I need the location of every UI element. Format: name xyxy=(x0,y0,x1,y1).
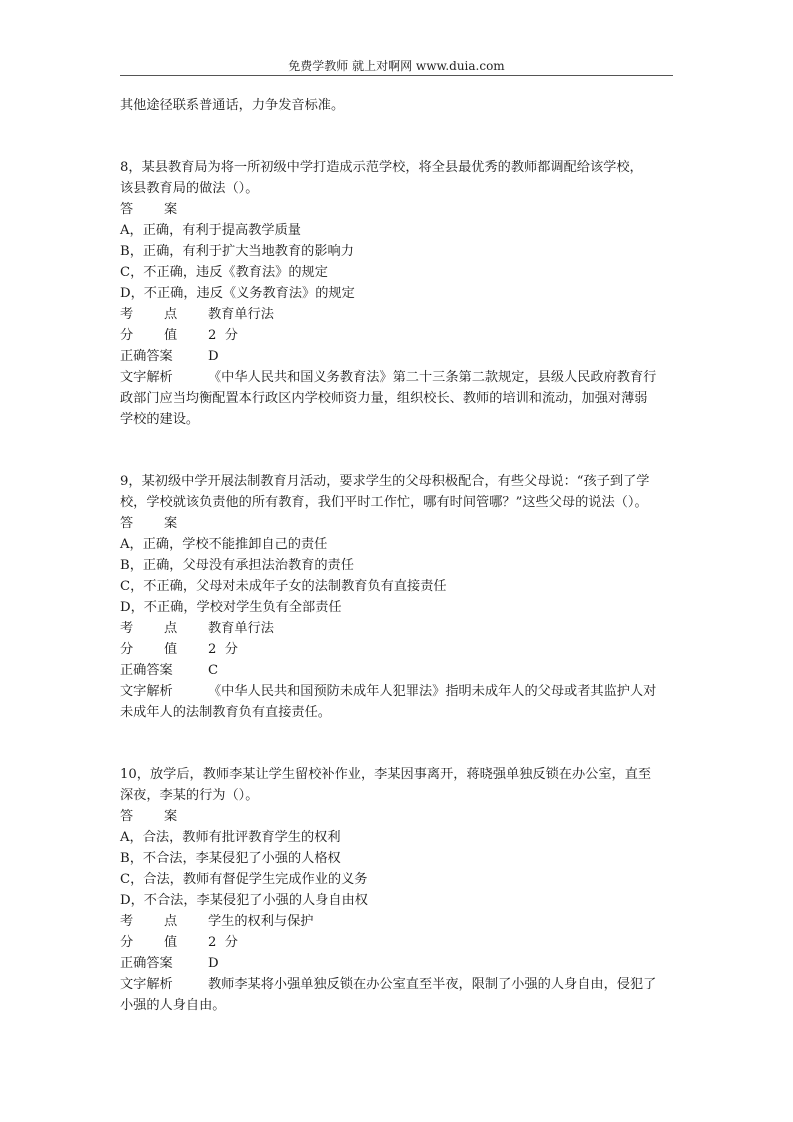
correct-answer-value: D xyxy=(208,346,219,367)
option-d: D，不正确，学校对学生负有全部责任 xyxy=(120,597,676,618)
option-b: B，正确，父母没有承担法治教育的责任 xyxy=(120,555,676,576)
explanation-text: 学校的建设。 xyxy=(120,409,676,430)
option-c: C，合法，教师有督促学生完成作业的义务 xyxy=(120,869,676,890)
header-divider xyxy=(120,75,673,76)
explanation-text: 小强的人身自由。 xyxy=(120,995,676,1016)
question-stem: 8，某县教育局为将一所初级中学打造成示范学校，将全县最优秀的教师都调配给该学校， xyxy=(120,157,676,178)
option-b: B，不合法，李某侵犯了小强的人格权 xyxy=(120,848,676,869)
score-row: 分值 2 分 xyxy=(120,932,676,953)
topic-row: 考点 教育单行法 xyxy=(120,304,676,325)
topic-value: 教育单行法 xyxy=(208,304,274,325)
explanation-row: 文字解析教师李某将小强单独反锁在办公室直至半夜，限制了小强的人身自由，侵犯了 xyxy=(120,974,676,995)
explanation-text: 《中华人民共和国预防未成年人犯罪法》指明未成年人的父母或者其监护人对 xyxy=(208,684,656,699)
score-value: 2 分 xyxy=(208,325,238,346)
option-a: A，合法，教师有批评教育学生的权利 xyxy=(120,827,676,848)
option-b: B，正确，有利于扩大当地教育的影响力 xyxy=(120,241,676,262)
score-row: 分值 2 分 xyxy=(120,639,676,660)
question-stem: 校，学校就该负责他的所有教育，我们平时工作忙，哪有时间管哪？”这些父母的说法（）… xyxy=(120,492,676,513)
correct-answer-value: D xyxy=(208,953,219,974)
question-stem: 深夜，李某的行为（）。 xyxy=(120,785,676,806)
question-10: 10，放学后，教师李某让学生留校补作业，李某因事离开，蒋晓强单独反锁在办公室，直… xyxy=(120,764,676,1016)
explanation-text: 教师李某将小强单独反锁在办公室直至半夜，限制了小强的人身自由，侵犯了 xyxy=(208,977,656,992)
intro-text: 其他途径联系普通话，力争发音标准。 xyxy=(120,95,676,116)
answer-label: 答案 xyxy=(120,513,676,534)
score-value: 2 分 xyxy=(208,639,238,660)
score-row: 分值 2 分 xyxy=(120,325,676,346)
explanation-text: 未成年人的法制教育负有直接责任。 xyxy=(120,702,676,723)
option-a: A，正确，有利于提高教学质量 xyxy=(120,220,676,241)
score-value: 2 分 xyxy=(208,932,238,953)
correct-answer-row: 正确答案 D xyxy=(120,346,676,367)
correct-answer-value: C xyxy=(208,660,218,681)
option-a: A，正确，学校不能推卸自己的责任 xyxy=(120,534,676,555)
topic-value: 学生的权利与保护 xyxy=(208,911,314,932)
explanation-row: 文字解析《中华人民共和国预防未成年人犯罪法》指明未成年人的父母或者其监护人对 xyxy=(120,681,676,702)
question-stem: 9，某初级中学开展法制教育月活动，要求学生的父母积极配合，有些父母说：“孩子到了… xyxy=(120,471,676,492)
explanation-text: 《中华人民共和国义务教育法》第二十三条第二款规定，县级人民政府教育行 xyxy=(208,370,656,385)
option-d: D，不正确，违反《义务教育法》的规定 xyxy=(120,283,676,304)
explanation-row: 文字解析《中华人民共和国义务教育法》第二十三条第二款规定，县级人民政府教育行 xyxy=(120,367,676,388)
document-body: 其他途径联系普通话，力争发音标准。 8，某县教育局为将一所初级中学打造成示范学校… xyxy=(120,95,676,1016)
option-c: C，不正确，违反《教育法》的规定 xyxy=(120,262,676,283)
option-c: C，不正确，父母对未成年子女的法制教育负有直接责任 xyxy=(120,576,676,597)
question-9: 9，某初级中学开展法制教育月活动，要求学生的父母积极配合，有些父母说：“孩子到了… xyxy=(120,471,676,723)
explanation-text: 政部门应当均衡配置本行政区内学校师资力量，组织校长、教师的培训和流动，加强对薄弱 xyxy=(120,388,676,409)
question-8: 8，某县教育局为将一所初级中学打造成示范学校，将全县最优秀的教师都调配给该学校，… xyxy=(120,157,676,430)
question-stem: 10，放学后，教师李某让学生留校补作业，李某因事离开，蒋晓强单独反锁在办公室，直… xyxy=(120,764,676,785)
topic-row: 考点 学生的权利与保护 xyxy=(120,911,676,932)
topic-row: 考点 教育单行法 xyxy=(120,618,676,639)
page-header: 免费学教师 就上对啊网 www.duia.com xyxy=(120,58,673,74)
correct-answer-row: 正确答案 D xyxy=(120,953,676,974)
correct-answer-row: 正确答案 C xyxy=(120,660,676,681)
answer-label: 答案 xyxy=(120,199,676,220)
option-d: D，不合法，李某侵犯了小强的人身自由权 xyxy=(120,890,676,911)
topic-value: 教育单行法 xyxy=(208,618,274,639)
question-stem: 该县教育局的做法（）。 xyxy=(120,178,676,199)
answer-label: 答案 xyxy=(120,806,676,827)
